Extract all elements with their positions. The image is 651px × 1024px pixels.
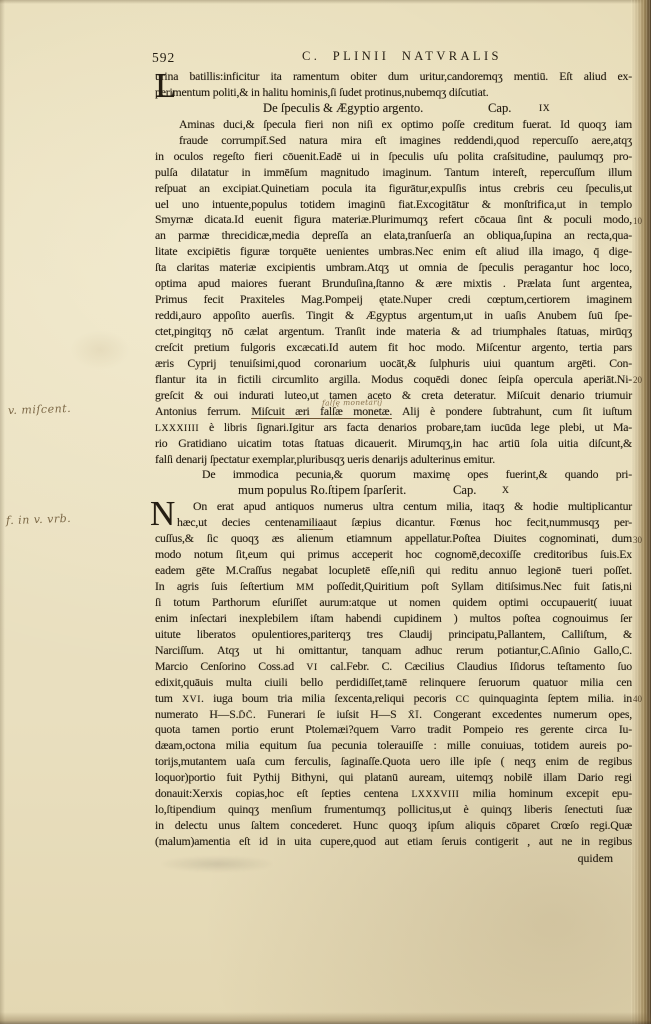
paper-stain xyxy=(70,330,130,370)
text-line: an parmæ threcidicæ,media depreſſa an el… xyxy=(155,228,632,244)
book-page-scan: 592 C. PLINII NATVRALIS urina batillis:i… xyxy=(0,0,651,1024)
drop-cap-initial: N xyxy=(150,499,175,529)
text-line: reddi,auro appoſito auerſis. Tingit & Æg… xyxy=(155,308,632,324)
text-segment: loquor)portio fuit Pythij Bithyni, qui p… xyxy=(155,770,632,784)
text-segment: donauit:Xerxis copias,hoc eſt ſepties ce… xyxy=(155,786,411,800)
text-line: Primus fecit Praxiteles Mag.Pompeij ętat… xyxy=(155,292,632,308)
text-line: falſi denarij ſpectatur exemplar,pluribu… xyxy=(155,452,632,468)
running-header: C. PLINII NATVRALIS xyxy=(302,49,502,64)
text-line: uel uno intuente,populus totidem imaginū… xyxy=(155,197,632,213)
text-segment: in delectu unus ſaltem concederet. Hunc … xyxy=(155,818,632,832)
text-line: uitute liberatos opulentiores,pariterqʒ … xyxy=(155,627,632,643)
text-segment: ſi totum Parthorum eſuriſſet aurum:atque… xyxy=(155,595,632,609)
text-segment: (malum)amentia eſt id in uita cupere,quo… xyxy=(155,834,632,848)
margin-line-number: 10 xyxy=(633,216,642,226)
page-edge-top xyxy=(0,0,651,4)
text-segment: reſpuat an excipiat.Quinetiam pocula ita… xyxy=(155,181,632,195)
text-line: pulſa dilatatur in immēſum magnitudo ima… xyxy=(155,165,632,181)
text-line: LXXXIIII è libris ſignari.Igitur ars fac… xyxy=(155,420,632,436)
text-line: in delectu unus ſaltem concederet. Hunc … xyxy=(155,818,632,834)
text-line: enim inſectari inexplebilem iſtam habend… xyxy=(155,611,632,627)
text-line: rio Gratidiano uicatim totas ſtatuas dic… xyxy=(155,436,632,452)
text-segment: uitute liberatos opulentiores,pariterqʒ … xyxy=(155,627,632,641)
text-segment: numerato H—S. xyxy=(155,707,238,721)
text-segment: an parmæ threcidicæ,media depreſſa an el… xyxy=(155,228,632,242)
text-segment: flantur ita in fictili circumlito argill… xyxy=(155,372,632,386)
book-fore-edge xyxy=(631,0,651,1024)
text-segment: è libris ſignari.Igitur ars facta denari… xyxy=(199,420,632,434)
faded-smudge xyxy=(162,856,272,872)
text-segment: pulſa dilatatur in immēſum magnitudo ima… xyxy=(155,165,632,179)
text-segment: perimentum politi,& in halitu hominis,ſi… xyxy=(155,85,489,99)
text-segment: cuſſus,& ſic quoqʒ æs alienum etiamnum a… xyxy=(155,531,632,545)
text-line: tum XVI. iuga boum tria milia ſexcenta,r… xyxy=(155,691,632,707)
text-segment: Alij è pondere ſubtrahunt, cum ſit iuſtu… xyxy=(392,404,632,418)
text-segment: IX xyxy=(539,101,550,117)
text-line: De immodica pecunia,& quorum maximę opes… xyxy=(155,467,632,483)
margin-annotation-handwritten: v. miſcent. xyxy=(8,402,72,417)
margin-line-number: 20 xyxy=(633,375,642,385)
text-segment: dæam,octona milia equitum ſua pecunia to… xyxy=(155,738,632,752)
text-line: reſpuat an excipiat.Quinetiam pocula ita… xyxy=(155,181,632,197)
text-line: donauit:Xerxis copias,hoc eſt ſepties ce… xyxy=(155,786,632,802)
interlinear-gloss-handwritten: falſę monetarij xyxy=(322,397,383,407)
text-line: hæc,ut decies centenamiliaaut ſæpius dic… xyxy=(155,515,632,531)
text-segment: Aminas duci,& ſpecula fieri non niſi ex … xyxy=(179,117,632,131)
text-segment: fraude corrumpit̄.Sed natura mira eſt im… xyxy=(179,133,632,147)
text-segment: aut ſæpius dicantur. Fœnus hoc fecit,num… xyxy=(323,515,632,529)
text-segment: . iuga boum tria milia ſexcenta,reliqui … xyxy=(201,691,456,705)
text-segment: XVI xyxy=(182,694,201,705)
hand-underlined-text: milia xyxy=(299,515,322,530)
text-segment: Primus fecit Praxiteles Mag.Pompeij ętat… xyxy=(155,292,632,306)
text-line: flantur ita in fictili circumlito argill… xyxy=(155,372,632,388)
text-segment: falſi denarij ſpectatur exemplar,pluribu… xyxy=(155,452,495,466)
text-line: in oculos regeſto fieri cōuenit.Eadē ui … xyxy=(155,149,632,165)
text-segment: mum populus Ro.ſtipem ſparſerit. xyxy=(238,483,406,499)
text-line: dæam,octona milia equitum ſua pecunia to… xyxy=(155,738,632,754)
text-line: ſta claritas materiæ excipientis umbram.… xyxy=(155,260,632,276)
text-line: loquor)portio fuit Pythij Bithyni, qui p… xyxy=(155,770,632,786)
text-line: torijs,mutantem uaſa cum ferculis, ſagin… xyxy=(155,754,632,770)
text-segment: eadem gēte M.Craſſus negabat locupletē e… xyxy=(155,563,632,577)
text-line: fraude corrumpit̄.Sed natura mira eſt im… xyxy=(155,133,632,149)
text-line: Smyrnæ dicata.Id euenit figura materiæ.P… xyxy=(155,212,632,228)
text-segment: ſta claritas materiæ excipientis umbram.… xyxy=(155,260,632,274)
text-segment: D̄C̄ xyxy=(238,710,253,721)
text-line: ſi totum Parthorum eſuriſſet aurum:atque… xyxy=(155,595,632,611)
text-line: urina batillis:inficitur ita ramentum ob… xyxy=(155,69,632,85)
text-line: modo notum ſit,eum qui primus acceperit … xyxy=(155,547,632,563)
text-segment: greſcit & oui indurati luteo,ut tamen ac… xyxy=(155,388,632,402)
text-segment: LXXXIIII xyxy=(155,423,199,434)
text-line: quota tamen portio erunt Ptolemæi?quem V… xyxy=(155,722,632,738)
text-segment: ctet,pingitqʒ nō cælat argentum. Tranſit… xyxy=(155,324,632,338)
text-line: greſcit & oui indurati luteo,ut tamen ac… xyxy=(155,388,632,404)
text-segment: quota tamen portio erunt Ptolemæi?quem V… xyxy=(155,722,632,736)
text-line: Marcio Cenſorino Coss.ad VI cal.Febr. C.… xyxy=(155,659,632,675)
text-line: creſcit pretium fulgoris excæcati.Id aut… xyxy=(155,340,632,356)
text-line: cuſſus,& ſic quoqʒ æs alienum etiamnum a… xyxy=(155,531,632,547)
text-segment: in oculos regeſto fieri cōuenit.Eadē ui … xyxy=(155,149,632,163)
text-segment: optima apud maiores fuerant Brunduſina,ſ… xyxy=(155,276,632,290)
text-segment: edixit,quāuis multa ciuili bello perdidi… xyxy=(155,675,632,689)
text-line: De ſpeculis & Ægyptio argento.Cap.IX xyxy=(155,101,632,117)
text-segment: reddi,auro appoſito auerſis. Tingit & Æg… xyxy=(155,308,632,322)
text-segment: X̄Ī xyxy=(408,710,419,721)
text-line: eadem gēte M.Craſſus negabat locupletē e… xyxy=(155,563,632,579)
text-segment: rio Gratidiano uicatim totas ſtatuas dic… xyxy=(155,436,632,450)
text-line: (malum)amentia eſt id in uita cupere,quo… xyxy=(155,834,632,850)
text-segment: In agris ſuis ſeſtertium xyxy=(155,579,296,593)
margin-annotation-handwritten: f. in v. vrb. xyxy=(6,512,72,527)
text-segment: hæc,ut decies centena xyxy=(177,515,299,529)
text-segment: poſſedit,Quiritium poſt Syllam ditiſsimu… xyxy=(314,579,632,593)
text-segment: LXXXVIII xyxy=(411,789,459,800)
text-segment: Antonius ferrum. xyxy=(155,404,251,418)
text-segment: Cap. xyxy=(453,483,476,499)
page-edge-left xyxy=(0,0,5,1024)
text-segment: Smyrnæ dicata.Id euenit figura materiæ.P… xyxy=(155,212,632,226)
text-line: lo,ſtipendium quinqʒ menſium frumentumqʒ… xyxy=(155,802,632,818)
text-segment: X xyxy=(502,483,510,499)
text-line: On erat apud antiquos numerus ultra cent… xyxy=(155,499,632,515)
text-line: edixit,quāuis multa ciuili bello perdidi… xyxy=(155,675,632,691)
page-edge-bottom xyxy=(0,1012,651,1024)
text-segment: enim inſectari inexplebilem iſtam habend… xyxy=(155,611,632,625)
text-segment: cal.Febr. C. Cæcilius Claudius Iſidorus … xyxy=(318,659,632,673)
text-segment: tum xyxy=(155,691,182,705)
text-segment: modo notum ſit,eum qui primus acceperit … xyxy=(155,547,632,561)
text-line: perimentum politi,& in halitu hominis,ſi… xyxy=(155,85,632,101)
text-line: In agris ſuis ſeſtertium MM poſſedit,Qui… xyxy=(155,579,632,595)
text-line: mum populus Ro.ſtipem ſparſerit.Cap.X xyxy=(155,483,632,499)
text-line: optima apud maiores fuerant Brunduſina,ſ… xyxy=(155,276,632,292)
text-line: numerato H—S.D̄C̄. Funerari ſe iuſsit H—… xyxy=(155,707,632,723)
text-segment: lo,ſtipendium quinqʒ menſium frumentumqʒ… xyxy=(155,802,632,816)
text-line: Antonius ferrum. Miſcuit æri falſæ monet… xyxy=(155,404,632,420)
text-segment: urina batillis:inficitur ita ramentum ob… xyxy=(155,69,632,83)
page-number: 592 xyxy=(152,50,175,66)
text-line: ctet,pingitqʒ nō cælat argentum. Tranſit… xyxy=(155,324,632,340)
text-line: Aminas duci,& ſpecula fieri non niſi ex … xyxy=(155,117,632,133)
text-segment: uel uno intuente,populus totidem imaginū… xyxy=(155,197,632,211)
text-segment: Cap. xyxy=(488,101,511,117)
text-column: urina batillis:inficitur ita ramentum ob… xyxy=(155,69,632,850)
text-segment: Marcio Cenſorino Coss.ad xyxy=(155,659,306,673)
text-segment: . Congerant excedentes numerum opes, xyxy=(419,707,632,721)
text-line: Narciſſum. Atqʒ ut hi omittantur, tanqua… xyxy=(155,643,632,659)
text-segment: milia hominum excepit epu- xyxy=(459,786,632,800)
text-segment: De ſpeculis & Ægyptio argento. xyxy=(263,101,423,117)
catchword: quidem xyxy=(500,851,631,866)
text-line: æris Cyprij tenuiſsimi,quod coronarium u… xyxy=(155,356,632,372)
text-segment: VI xyxy=(306,662,317,673)
text-segment: quinquaginta ſeptem milia. in xyxy=(470,691,632,705)
text-segment: creſcit pretium fulgoris excæcati.Id aut… xyxy=(155,340,632,354)
text-line: litate excipiētis figuræ torquēte uenien… xyxy=(155,244,632,260)
text-segment: æris Cyprij tenuiſsimi,quod coronarium u… xyxy=(155,356,632,370)
text-segment: De immodica pecunia,& quorum maximę opes… xyxy=(202,467,632,481)
text-segment: MM xyxy=(296,582,314,593)
text-segment: . Funerari ſe iuſsit H—S xyxy=(253,707,408,721)
text-segment: litate excipiētis figuræ torquēte uenien… xyxy=(155,244,632,258)
margin-line-number: 40 xyxy=(633,694,642,704)
text-segment: Narciſſum. Atqʒ ut hi omittantur, tanqua… xyxy=(155,643,632,657)
drop-cap-initial: L xyxy=(155,71,176,101)
text-segment: torijs,mutantem uaſa cum ferculis, ſagin… xyxy=(155,754,632,768)
text-segment: CC xyxy=(456,694,470,705)
margin-line-number: 30 xyxy=(633,535,642,545)
text-segment: On erat apud antiquos numerus ultra cent… xyxy=(193,499,632,513)
